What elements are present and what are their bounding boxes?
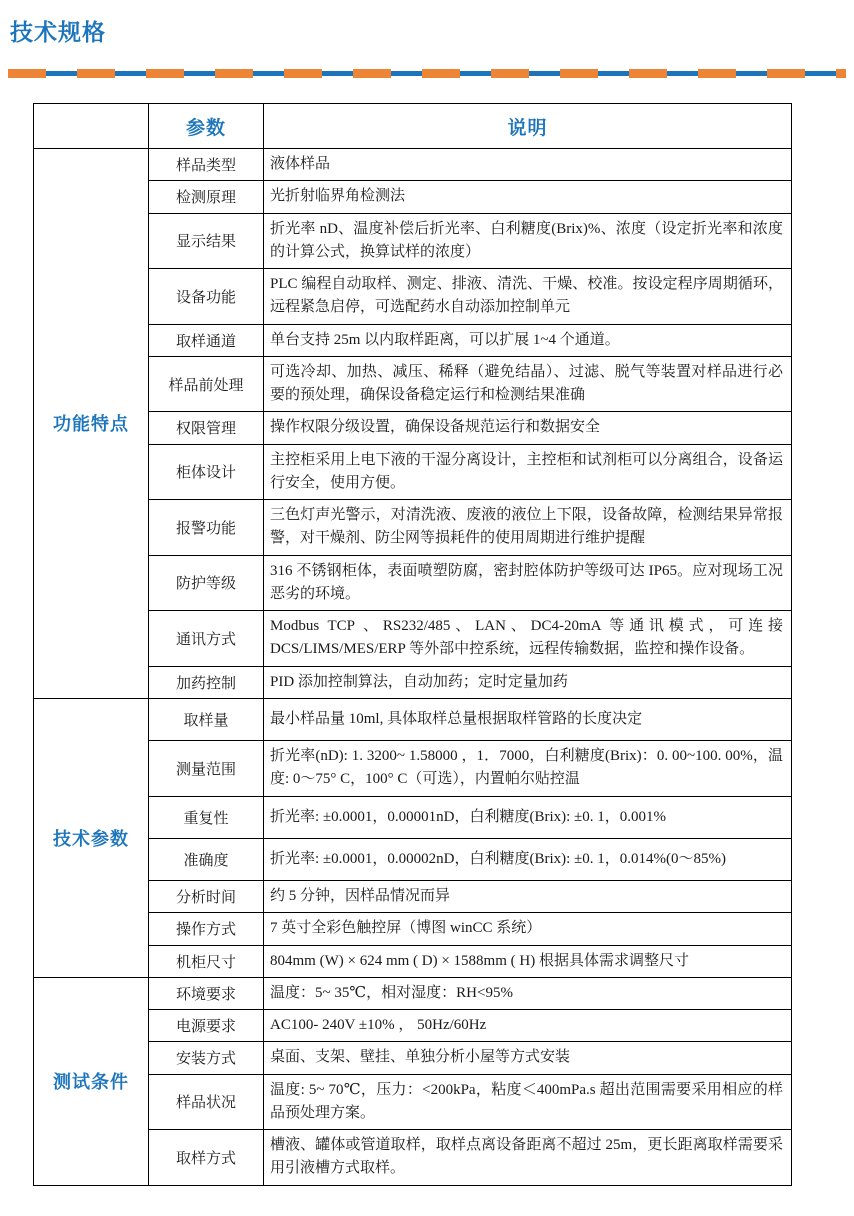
desc-cell: 桌面、支架、壁挂、单独分析小屋等方式安装 [264, 1042, 792, 1074]
param-cell: 测量范围 [149, 741, 264, 797]
desc-cell: 槽液、罐体或管道取样，取样点离设备距离不超过 25m，更长距离取样需要采用引液槽… [264, 1130, 792, 1186]
param-cell: 通讯方式 [149, 611, 264, 667]
desc-cell: 约 5 分钟，因样品情况而异 [264, 881, 792, 913]
category-cell: 技术参数 [34, 698, 149, 977]
param-cell: 安装方式 [149, 1042, 264, 1074]
desc-cell: 7 英寸全彩色触控屏（博图 winCC 系统） [264, 913, 792, 945]
header-category-cell [34, 104, 149, 149]
table-row: 功能特点样品类型液体样品 [34, 149, 792, 181]
desc-cell: PID 添加控制算法，自动加药；定时定量加药 [264, 666, 792, 698]
desc-cell: 最小样品量 10ml, 具体取样总量根据取样管路的长度决定 [264, 698, 792, 740]
param-cell: 样品状况 [149, 1074, 264, 1130]
param-cell: 防护等级 [149, 555, 264, 611]
table-row: 技术参数取样量最小样品量 10ml, 具体取样总量根据取样管路的长度决定 [34, 698, 792, 740]
param-cell: 报警功能 [149, 500, 264, 556]
param-cell: 环境要求 [149, 977, 264, 1009]
desc-cell: 三色灯声光警示，对清洗液、废液的液位上下限，设备故障，检测结果异常报警，对干燥剂… [264, 500, 792, 556]
desc-cell: 804mm (W) × 624 mm ( D) × 1588mm ( H) 根据… [264, 945, 792, 977]
param-cell: 样品前处理 [149, 356, 264, 412]
header-desc-cell: 说明 [264, 104, 792, 149]
spec-table-body: 功能特点样品类型液体样品检测原理光折射临界角检测法显示结果折光率 nD、温度补偿… [34, 149, 792, 1186]
desc-cell: 温度: 5~ 70℃，压力：<200kPa，粘度＜400mPa.s 超出范围需要… [264, 1074, 792, 1130]
param-cell: 检测原理 [149, 181, 264, 213]
param-cell: 分析时间 [149, 881, 264, 913]
table-row: 测试条件环境要求温度：5~ 35℃，相对湿度：RH<95% [34, 977, 792, 1009]
param-cell: 操作方式 [149, 913, 264, 945]
param-cell: 机柜尺寸 [149, 945, 264, 977]
category-cell: 测试条件 [34, 977, 149, 1185]
desc-cell: 折光率: ±0.0001，0.00002nD，白利糖度(Brix): ±0. 1… [264, 838, 792, 880]
desc-cell: 折光率: ±0.0001，0.00001nD，白利糖度(Brix): ±0. 1… [264, 796, 792, 838]
param-cell: 取样量 [149, 698, 264, 740]
param-cell: 柜体设计 [149, 444, 264, 500]
param-cell: 样品类型 [149, 149, 264, 181]
param-cell: 加药控制 [149, 666, 264, 698]
desc-cell: 温度：5~ 35℃，相对湿度：RH<95% [264, 977, 792, 1009]
param-cell: 设备功能 [149, 269, 264, 325]
param-cell: 取样通道 [149, 324, 264, 356]
header-param-cell: 参数 [149, 104, 264, 149]
divider-orange-dashes [8, 69, 846, 78]
param-cell: 权限管理 [149, 412, 264, 444]
category-cell: 功能特点 [34, 149, 149, 699]
desc-cell: AC100- 240V ±10% ， 50Hz/60Hz [264, 1010, 792, 1042]
desc-cell: 折光率(nD): 1. 3200~ 1.58000 ，1．7000，白利糖度(B… [264, 741, 792, 797]
desc-cell: 折光率 nD、温度补偿后折光率、白利糖度(Brix)%、浓度（设定折光率和浓度的… [264, 213, 792, 269]
spec-page: 技术规格 参数 说明 功能特点样品类型液体样品检测原理光折射临界角检测法显示结果… [0, 0, 854, 1216]
desc-cell: 单台支持 25m 以内取样距离，可以扩展 1~4 个通道。 [264, 324, 792, 356]
desc-cell: 操作权限分级设置，确保设备规范运行和数据安全 [264, 412, 792, 444]
spec-table: 参数 说明 功能特点样品类型液体样品检测原理光折射临界角检测法显示结果折光率 n… [33, 103, 792, 1186]
desc-cell: 316 不锈钢柜体，表面喷塑防腐，密封腔体防护等级可达 IP65。应对现场工况恶… [264, 555, 792, 611]
param-cell: 显示结果 [149, 213, 264, 269]
param-cell: 重复性 [149, 796, 264, 838]
dashed-divider-line [8, 69, 846, 78]
desc-cell: Modbus TCP 、RS232/485、LAN、DC4-20mA 等通讯模式… [264, 611, 792, 667]
desc-cell: 主控柜采用上电下液的干湿分离设计，主控柜和试剂柜可以分离组合，设备运行安全，使用… [264, 444, 792, 500]
desc-cell: PLC 编程自动取样、测定、排液、清洗、干燥、校准。按设定程序周期循环，远程紧急… [264, 269, 792, 325]
param-cell: 准确度 [149, 838, 264, 880]
desc-cell: 液体样品 [264, 149, 792, 181]
desc-cell: 光折射临界角检测法 [264, 181, 792, 213]
desc-cell: 可选冷却、加热、减压、稀释（避免结晶）、过滤、脱气等装置对样品进行必要的预处理，… [264, 356, 792, 412]
param-cell: 取样方式 [149, 1130, 264, 1186]
table-header-row: 参数 说明 [34, 104, 792, 149]
page-title: 技术规格 [10, 14, 854, 47]
param-cell: 电源要求 [149, 1010, 264, 1042]
